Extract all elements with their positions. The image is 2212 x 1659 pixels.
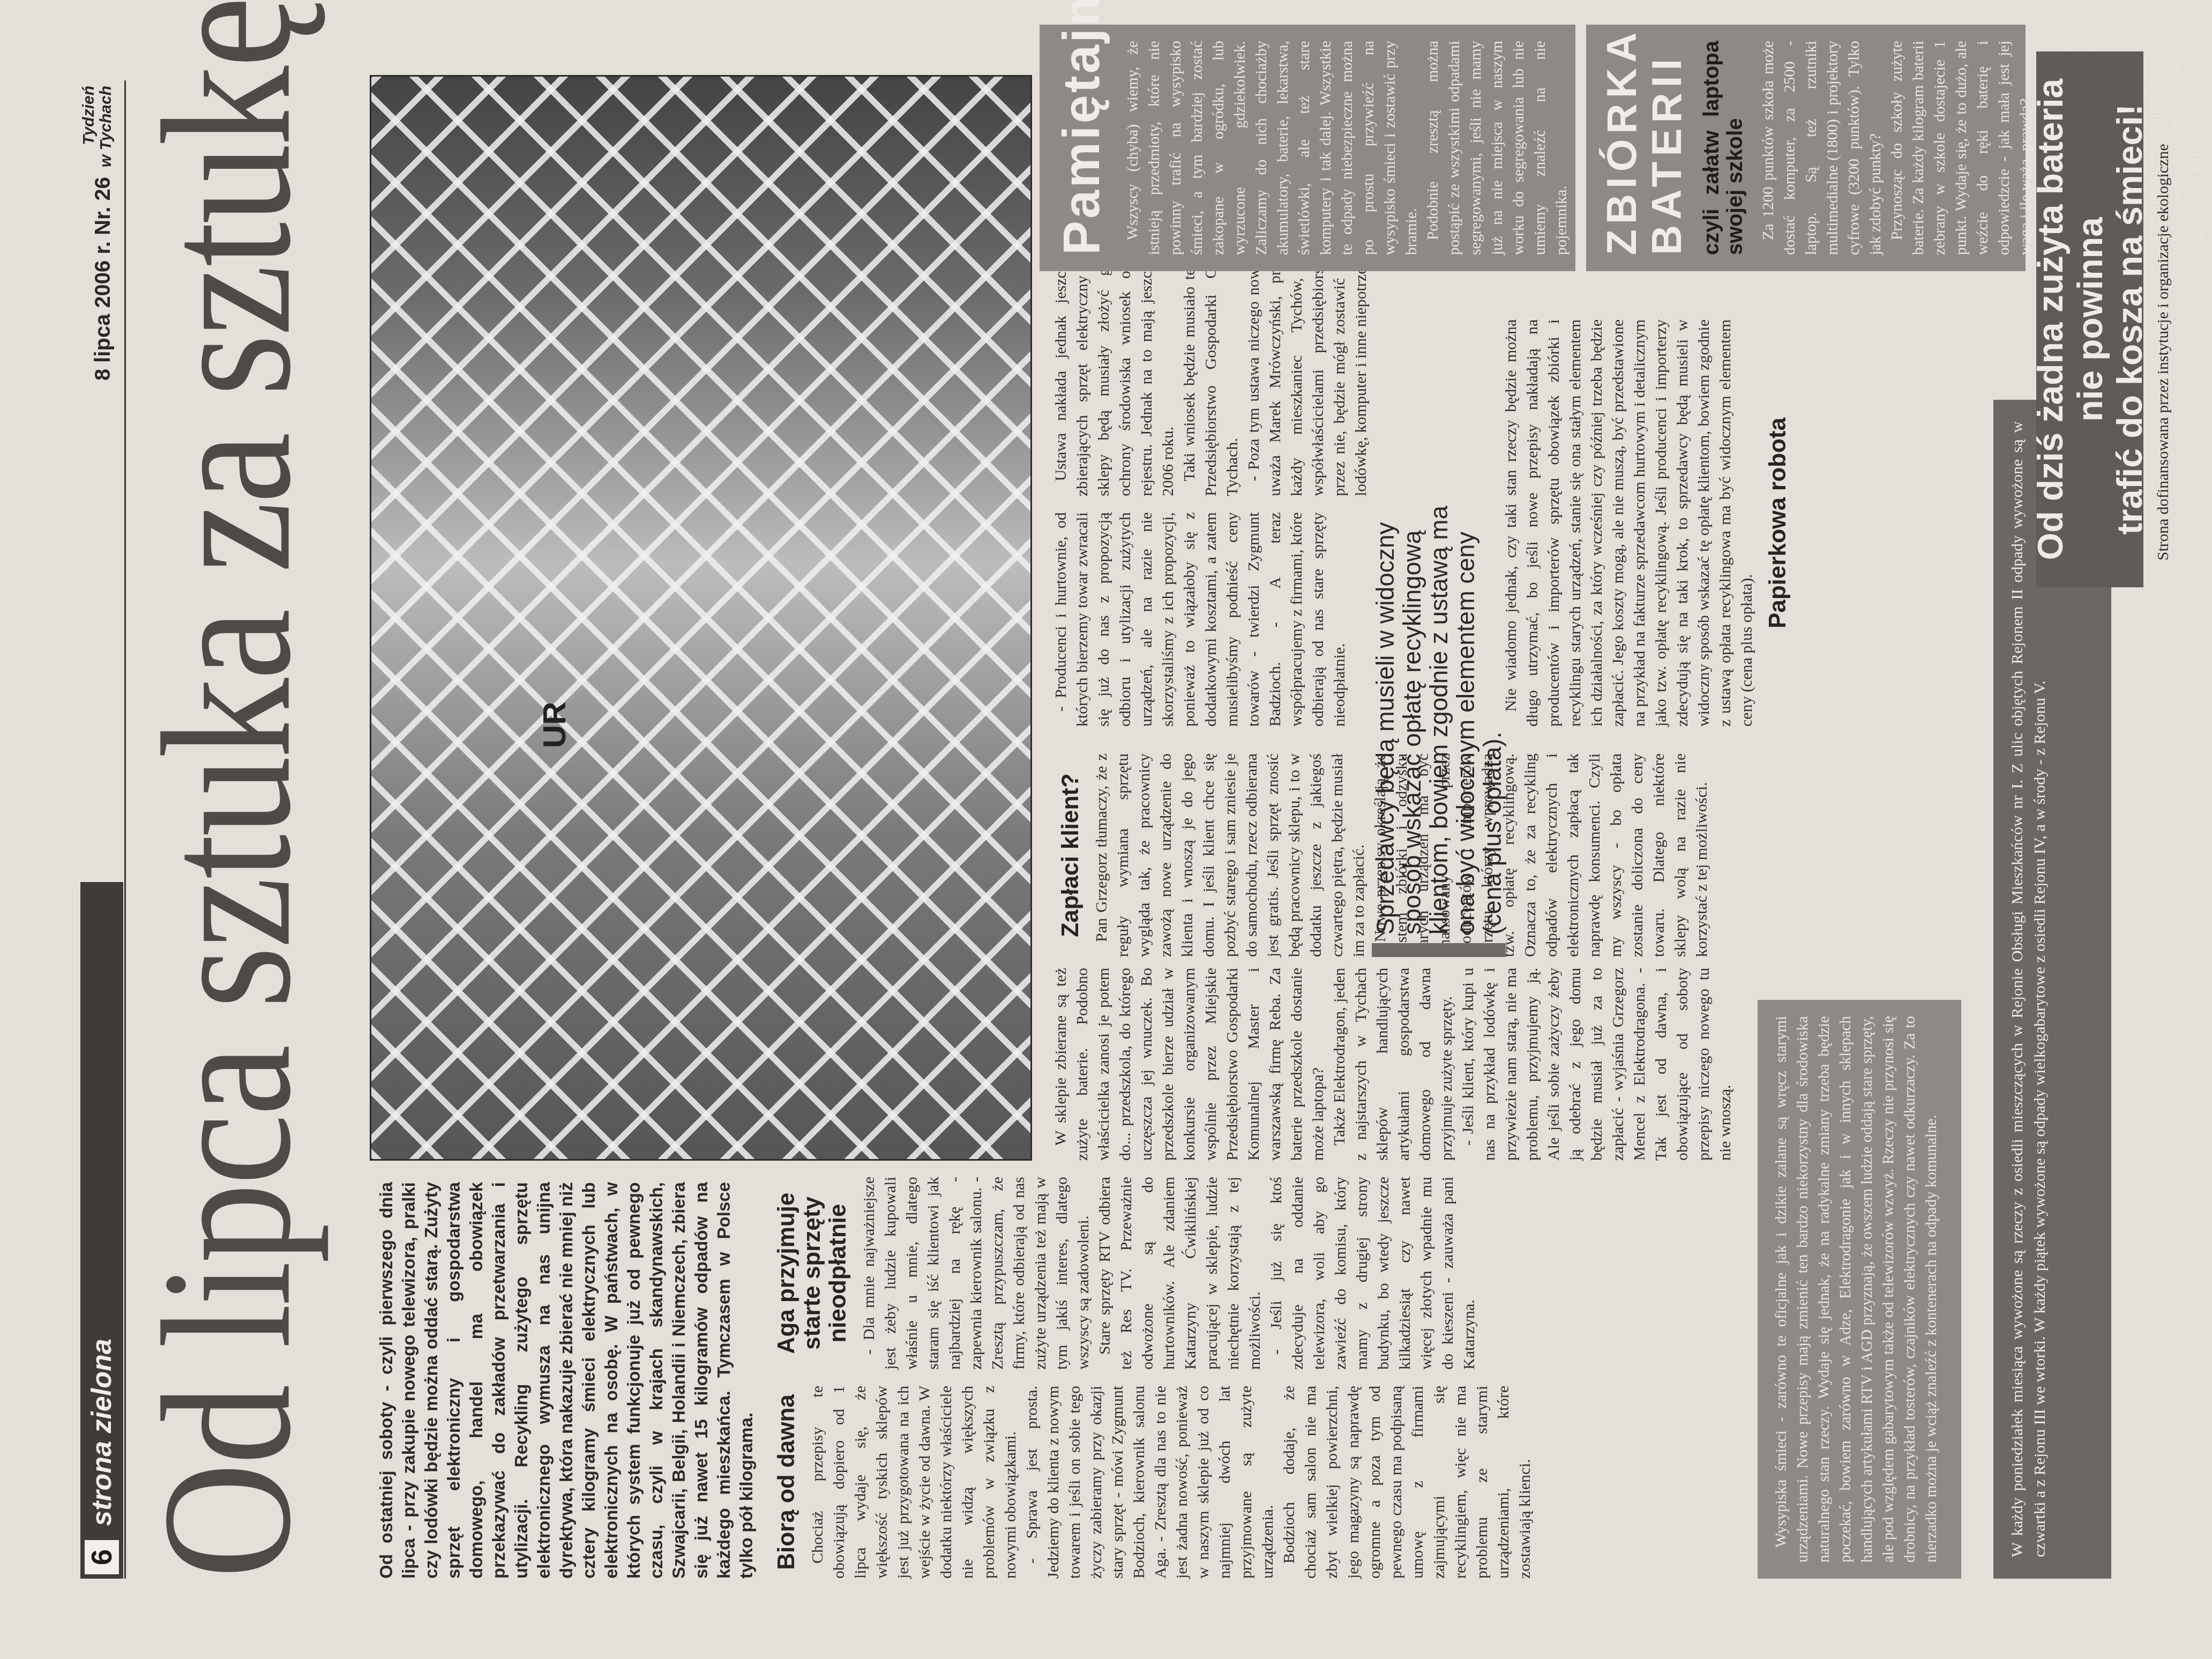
subhead-papierkowa: Papierkowa robota [1765, 319, 1791, 727]
paragraph: Za 1200 punktów szkoła może dostać kompu… [1758, 41, 1886, 255]
photo-sign-text: UR [536, 701, 573, 748]
column-6: Nie wiadomo jednak, czy taki stan rzeczy… [1500, 319, 1798, 727]
column-1: Biorą od dawna Chociaż przepisy te obowi… [766, 1386, 1536, 1579]
box-subtitle: czyli załatw laptopa swojej szkole [1700, 41, 1747, 255]
subhead-aga: Aga przyjmuje starte sprzęty nieodpłatni… [774, 1177, 851, 1370]
paragraph: Wysypiska śmieci - zarówno te oficjalne … [1770, 1016, 1942, 1563]
newspaper-logo: Tydzień w Tychach [80, 86, 115, 167]
section-tag: 6 strona zielona [80, 882, 123, 1579]
paragraph: - Jeśli już się ktoś zdecyduje na oddani… [1266, 1177, 1480, 1370]
column-5: - Producenci i hurtownie, od których bie… [1050, 512, 1350, 727]
footer-note: Strona dofinansowana przez instytucje i … [2154, 144, 2172, 561]
column-2: Aga przyjmuje starte sprzęty nieodpłatni… [766, 1177, 1480, 1370]
paragraph: - Producenci i hurtownie, od których bie… [1050, 512, 1350, 727]
paragraph: - Jeśli klient, który kupi u nas na przy… [1458, 968, 1736, 1161]
paragraph: Wszyscy (chyba) wiemy, że istnieją przed… [1122, 41, 1422, 255]
paragraph: Bodzioch dodaje, że chociaż sam salon ni… [1279, 1386, 1536, 1579]
newspaper-page: 6 strona zielona 8 lipca 2006 r. Nr. 26 … [0, 0, 2212, 1659]
subhead-biora: Biorą od dawna [774, 1386, 799, 1579]
box-slogan: Od dziś żadna zużyta bateria nie powinna… [2036, 51, 2143, 587]
paragraph: Podobnie zresztą można postąpić ze wszys… [1422, 41, 1572, 255]
box-pamietajmy: Pamiętajmy: Wszyscy (chyba) wiemy, że is… [1040, 25, 1575, 271]
paragraph: Chociaż przepisy te obowiązują dopiero o… [807, 1386, 1021, 1579]
paragraph: W sklepie zbierane są też zużyte baterie… [1050, 968, 1329, 1161]
dateline: 8 lipca 2006 r. Nr. 26 [91, 177, 115, 380]
box-title: ZBIÓRKA BATERII [1599, 41, 1689, 255]
logo-line-1: Tydzień [80, 86, 98, 167]
box-title: Pamiętajmy: [1052, 41, 1111, 255]
paragraph: - Dla mnie najważniejsze jest żeby ludzi… [858, 1177, 1094, 1370]
paragraph: Także Elektrodragon, jeden z najstarszyc… [1329, 968, 1458, 1161]
paragraph: Nie wiadomo jednak, czy taki stan rzeczy… [1500, 319, 1758, 727]
page-title: Od lipca sztuka za sztukę [134, 25, 319, 1579]
paragraph: Przynosząc do szkoły zużyte baterie. Za … [1886, 41, 2036, 255]
article-lead: Od ostatniej soboty - czyli pierwszego d… [375, 1182, 758, 1579]
pull-quote: Sprzedawcy będą musieli w widoczny sposó… [1372, 495, 1506, 957]
photo-appliances-behind-fence [370, 75, 1032, 1161]
box-wysypiska: Wysypiska śmieci - zarówno te oficjalne … [1758, 1000, 1961, 1579]
box-zbiorka-baterii: ZBIÓRKA BATERII czyli załatw laptopa swo… [1586, 25, 2026, 271]
slogan-line-2: trafić do kosza na śmieci! [2110, 104, 2149, 534]
subhead-zaplaci: Zapłaci klient? [1058, 753, 1083, 957]
paragraph: - Sprawa jest prosta. Jedziemy do klient… [1021, 1386, 1279, 1579]
paragraph: Stare sprzęty RTV odbiera też Res TV. Pr… [1094, 1177, 1266, 1370]
column-3: W sklepie zbierane są też zużyte baterie… [1050, 968, 1736, 1161]
page-number: 6 [85, 1540, 119, 1574]
logo-line-2: w Tychach [98, 86, 115, 167]
paragraph: Pan Grzegorz tłumaczy, że z reguły wymia… [1091, 753, 1370, 957]
section-label: strona zielona [86, 1339, 118, 1526]
slogan-line-1: Od dziś żadna zużyta bateria nie powinna [2030, 51, 2110, 587]
